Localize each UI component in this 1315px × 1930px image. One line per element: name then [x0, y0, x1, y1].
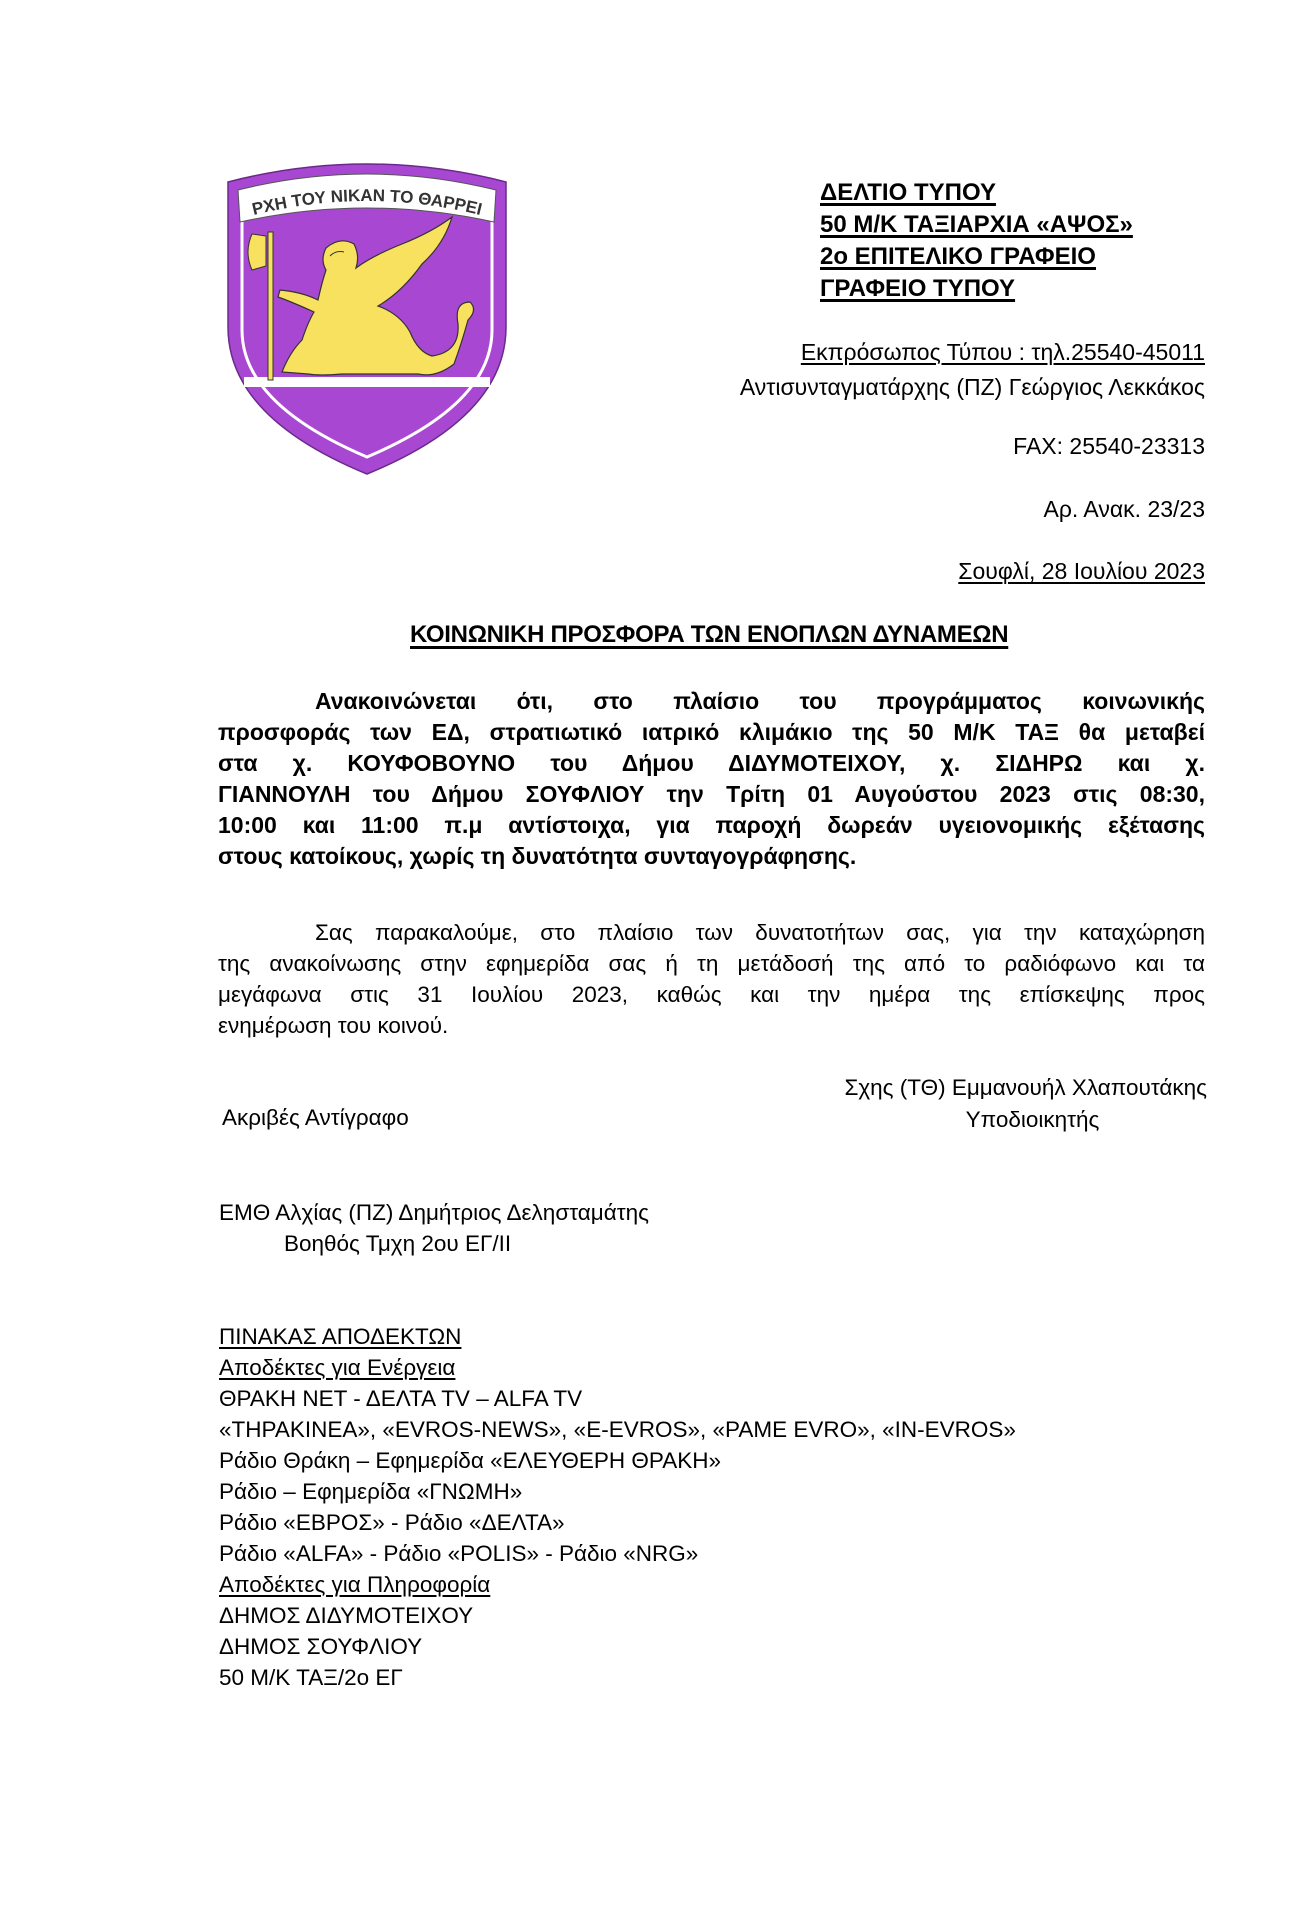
brigade-emblem-icon: ΑΡΧΗ ΤΟΥ ΝΙΚΑΝ ΤΟ ΘΑΡΡΕΙΝ [222, 152, 512, 476]
paragraph-line: στους κατοίκους, χωρίς τη δυνατότητα συν… [218, 841, 1205, 872]
paragraph-line: στα χ. ΚΟΥΦΟΒΟΥΝΟ του Δήμου ΔΙΔΥΜΟΤΕΙΧΟΥ… [218, 748, 1205, 779]
recipient-item: Ράδιο Θράκη – Εφημερίδα «ΕΛΕΥΘΕΡΗ ΘΡΑΚΗ» [219, 1445, 1016, 1476]
recipient-item: ΔΗΜΟΣ ΣΟΥΦΛΙΟΥ [219, 1631, 1016, 1662]
header-line: ΔΕΛΤΙΟ ΤΥΠΟΥ [820, 177, 1133, 209]
header-line: 50 Μ/Κ ΤΑΞΙΑΡΧΙΑ «ΑΨΟΣ» [820, 209, 1133, 241]
press-release-header: ΔΕΛΤΙΟ ΤΥΠΟΥ 50 Μ/Κ ΤΑΞΙΑΡΧΙΑ «ΑΨΟΣ» 2ο … [820, 177, 1133, 305]
action-recipients-heading: Αποδέκτες για Ενέργεια [219, 1352, 1016, 1383]
fax-number: FAX: 25540-23313 [1013, 429, 1205, 464]
announcement-paragraph: Ανακοινώνεται ότι, στο πλαίσιο του προγρ… [218, 686, 1205, 872]
paragraph-line: προσφοράς των ΕΔ, στρατιωτικό ιατρικό κλ… [218, 717, 1205, 748]
recipient-item: «THPAKINEA», «EVROS-NEWS», «E-EVROS», «P… [219, 1414, 1016, 1445]
recipient-item: ΔΗΜΟΣ ΔΙΔΥΜΟΤΕΙΧΟΥ [219, 1600, 1016, 1631]
paragraph-line: μεγάφωνα στις 31 Ιουλίου 2023, καθώς και… [218, 979, 1205, 1010]
header-line: ΓΡΑΦΕΙΟ ΤΥΠΟΥ [820, 273, 1133, 305]
announcement-number: Αρ. Ανακ. 23/23 [1044, 492, 1206, 527]
press-rep-phone: Εκπρόσωπος Τύπου : τηλ.25540-45011 [801, 335, 1205, 370]
paragraph-line: της ανακοίνωσης στην εφημερίδα σας ή τη … [218, 948, 1205, 979]
paragraph-line: 10:00 και 11:00 π.μ αντίστοιχα, για παρο… [218, 810, 1205, 841]
recipient-item: 50 Μ/Κ ΤΑΞ/2ο ΕΓ [219, 1662, 1016, 1693]
document-title: ΚΟΙΝΩΝΙΚΗ ΠΡΟΣΦΟΡΑ ΤΩΝ ΕΝΟΠΛΩΝ ΔΥΝΑΜΕΩΝ [410, 621, 1008, 649]
assistant-title: Βοηθός Τμχη 2ου ΕΓ/ΙΙ [284, 1228, 511, 1259]
paragraph-line: ΓΙΑΝΝΟΥΛΗ του Δήμου ΣΟΥΦΛΙΟΥ την Τρίτη 0… [218, 779, 1205, 810]
paragraph-line: Σας παρακαλούμε, στο πλαίσιο των δυνατοτ… [218, 917, 1205, 948]
press-rep-name: Αντισυνταγματάρχης (ΠΖ) Γεώργιος Λεκκάκο… [740, 370, 1205, 405]
recipient-item: Ράδιο «ALFA» - Ράδιο «POLIS» - Ράδιο «NR… [219, 1538, 1016, 1569]
recipients-table: ΠΙΝΑΚΑΣ ΑΠΟΔΕΚΤΩΝ Αποδέκτες για Ενέργεια… [219, 1321, 1016, 1693]
certified-copy-label: Ακριβές Αντίγραφο [222, 1102, 409, 1133]
signatory-name: Σχης (ΤΘ) Εμμανουήλ Χλαπουτάκης [844, 1072, 1207, 1103]
info-recipients-heading: Αποδέκτες για Πληροφορία [219, 1569, 1016, 1600]
header-line: 2ο ΕΠΙΤΕΛΙΚΟ ΓΡΑΦΕΙΟ [820, 241, 1133, 273]
recipient-item: ΘΡΑΚΗ ΝΕΤ - ΔΕΛΤΑ TV – ALFA TV [219, 1383, 1016, 1414]
place-date: Σουφλί, 28 Ιουλίου 2023 [958, 554, 1205, 589]
paragraph-line: Ανακοινώνεται ότι, στο πλαίσιο του προγρ… [218, 686, 1205, 717]
recipient-item: Ράδιο «ΕΒΡΟΣ» - Ράδιο «ΔΕΛΤΑ» [219, 1507, 1016, 1538]
request-paragraph: Σας παρακαλούμε, στο πλαίσιο των δυνατοτ… [218, 917, 1205, 1041]
recipients-heading: ΠΙΝΑΚΑΣ ΑΠΟΔΕΚΤΩΝ [219, 1321, 1016, 1352]
assistant-name: ΕΜΘ Αλχίας (ΠΖ) Δημήτριος Δελησταμάτης [219, 1197, 649, 1228]
signatory-title: Υποδιοικητής [940, 1104, 1125, 1135]
recipient-item: Ράδιο – Εφημερίδα «ΓΝΩΜΗ» [219, 1476, 1016, 1507]
paragraph-line: ενημέρωση του κοινού. [218, 1010, 1205, 1041]
